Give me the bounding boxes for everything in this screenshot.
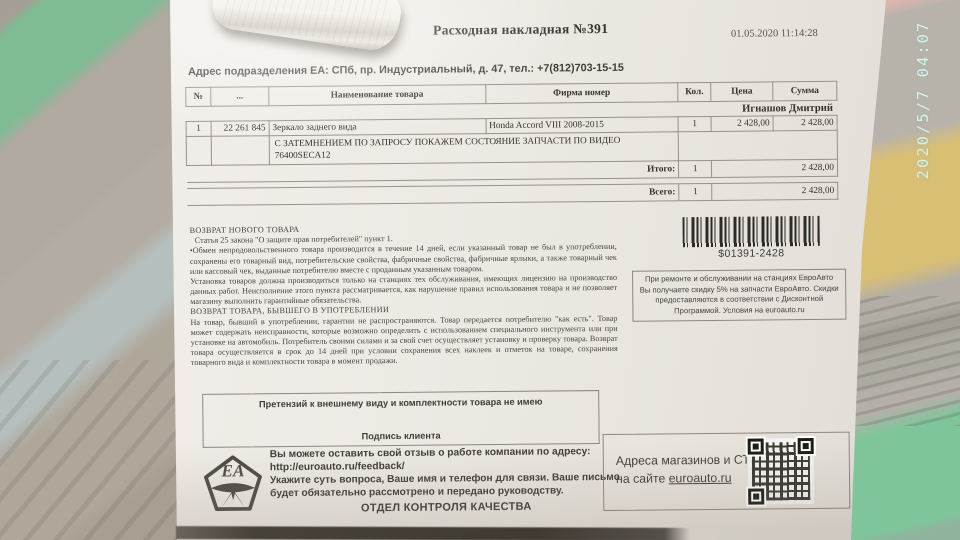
- item-num: 1: [186, 121, 211, 136]
- logo-letters: ЕА: [220, 461, 244, 480]
- qr-finder-bottomleft: [748, 488, 764, 504]
- total-label: Всего:: [187, 184, 679, 206]
- return-policy: ВОЗВРАТ НОВОГО ТОВАРА Статья 25 закона "…: [190, 222, 618, 368]
- signature-label: Подпись клиента: [204, 429, 599, 443]
- policy-paragraph-1: •Обмен непродовольственного товара произ…: [190, 242, 617, 277]
- barcode: $01391-2428: [683, 216, 820, 260]
- item-sum: 2 428,00: [773, 115, 837, 131]
- discount-info-box: При ремонте и обслуживании на станциях Е…: [632, 269, 846, 322]
- subtotal-sum: 2 428,00: [712, 159, 838, 177]
- addresses-line-1: Адреса магазинов и СТО: [616, 451, 759, 471]
- photo-of-invoice: Расходная накладная №391 01.05.2020 11:1…: [0, 0, 960, 540]
- header-cell-qty: Кол.: [678, 82, 711, 101]
- barcode-lines: [683, 216, 820, 247]
- qr-finder-topleft: [748, 438, 764, 454]
- feedback-block: Вы можете оставить свой отзыв о работе к…: [270, 446, 623, 517]
- item-code: 22 261 845: [211, 121, 269, 137]
- table-edge-shadow: [176, 526, 690, 540]
- claim-box: Претензий к внешнему виду и комплектност…: [202, 390, 600, 448]
- addresses-line-2: на сайте euroauto.ru: [616, 469, 759, 489]
- qr-code: [748, 438, 815, 505]
- addresses-box: Адреса магазинов и СТО на сайте euroauto…: [603, 432, 851, 511]
- policy-paragraph-3: На товар, бывший в употреблении, гаранти…: [190, 313, 617, 368]
- invoice-table: № ... Наименование товара Фирма номер Ко…: [185, 81, 838, 206]
- quality-mark-logo: ЕА: [202, 453, 265, 523]
- invoice-table-wrap: № ... Наименование товара Фирма номер Ко…: [185, 81, 838, 206]
- quality-department: ОТДЕЛ КОНТРОЛЯ КАЧЕСТВА: [270, 500, 622, 517]
- policy-paragraph-2: Установка товаров должна производиться т…: [190, 273, 617, 308]
- barcode-text: $01391-2428: [683, 247, 820, 260]
- branch-address-line: Адрес подразделения ЕА: СПб, пр. Индустр…: [188, 60, 828, 78]
- site-link: euroauto.ru: [669, 471, 732, 486]
- total-sum: 2 428,00: [712, 182, 838, 200]
- document-datetime: 01.05.2020 11:14:28: [688, 28, 818, 40]
- total-qty: 1: [679, 183, 712, 200]
- claim-statement: Претензий к внешнему виду и комплектност…: [203, 396, 598, 410]
- camera-timestamp: 2020/5/7 04:07: [914, 5, 936, 195]
- fabric-creases: [0, 360, 184, 540]
- addresses-text: Адреса магазинов и СТО на сайте euroauto…: [616, 451, 759, 489]
- item-qty: 1: [678, 116, 711, 131]
- item-note: С ЗАТЕМНЕНИЕМ ПО ЗАПРОСУ ПОКАЖЕМ СОСТОЯН…: [269, 132, 679, 165]
- feedback-line-2: Укажите суть вопроса, Ваше имя и телефон…: [270, 472, 622, 501]
- qr-finder-topright: [798, 438, 814, 454]
- header-cell-price: Цена: [711, 82, 773, 102]
- note-empty-right: [678, 130, 837, 160]
- header-cell-num: №: [186, 87, 211, 106]
- fabric-stripe-lines: [842, 296, 960, 426]
- quality-mark-icon: ЕА: [202, 453, 265, 518]
- header-cell-firm: Фирма номер: [485, 83, 678, 104]
- subtotal-qty: 1: [679, 160, 712, 177]
- note-empty-code: [211, 136, 269, 165]
- header-cell-name: Наименование товара: [269, 85, 486, 106]
- header-cell-code: ...: [211, 87, 269, 107]
- item-price: 2 428,00: [711, 116, 773, 132]
- note-empty-num: [186, 136, 211, 165]
- header-cell-sum: Сумма: [773, 81, 837, 101]
